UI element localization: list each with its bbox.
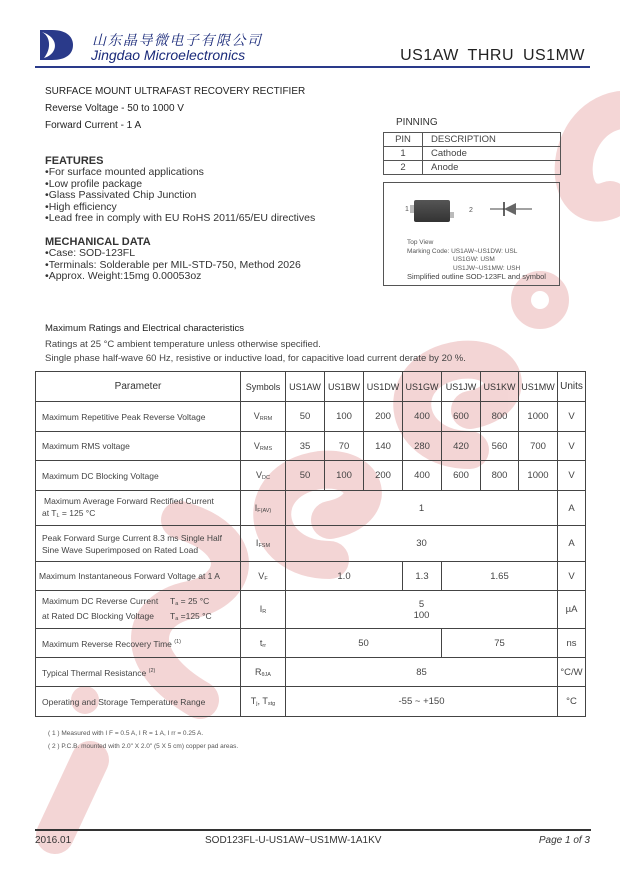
pinning-table: PIN DESCRIPTION 1 Cathode 2 Anode: [383, 132, 561, 175]
description-column-header: DESCRIPTION: [423, 133, 561, 147]
page-number: Page 1 of 3: [539, 835, 590, 846]
header-divider: [35, 66, 590, 68]
value-cell: 1000: [519, 461, 558, 491]
value-cell: 280: [403, 432, 442, 461]
part-header: US1GW: [403, 372, 442, 402]
parameter-cell: Operating and Storage Temperature Range: [36, 687, 241, 717]
symbol-cell: IFSM: [241, 526, 286, 562]
package-lead-icon: [450, 212, 454, 218]
unit-cell: V: [558, 461, 586, 491]
unit-cell: A: [558, 526, 586, 562]
value-cell: 50: [286, 629, 442, 658]
table-row: Maximum Instantaneous Forward Voltage at…: [36, 562, 586, 591]
ratings-note: Ratings at 25 °C ambient temperature unl…: [45, 339, 321, 350]
parameter-cell: Maximum Reverse Recovery Time (1): [36, 629, 241, 658]
value-cell: 600: [442, 402, 481, 432]
symbol-cell: RθJA: [241, 658, 286, 687]
value-cell: 1: [286, 491, 558, 526]
marking-code-line: US1GW: USM: [407, 256, 520, 265]
value-cell: 800: [481, 461, 519, 491]
parameter-cell: Maximum DC Reverse CurrentTa = 25 °C at …: [36, 591, 241, 629]
value-cell: 600: [442, 461, 481, 491]
table-row: Maximum RMS voltage VRMS 35 70 140 280 4…: [36, 432, 586, 461]
pin-description: Anode: [423, 161, 561, 175]
symbol-cell: VRRM: [241, 402, 286, 432]
pin2-label: 2: [469, 207, 473, 214]
mechanical-item: Case: SOD-123FL: [45, 248, 301, 260]
value-cell: 100: [325, 402, 364, 432]
datasheet-page: 山东晶导微电子有限公司 Jingdao Microelectronics US1…: [0, 0, 620, 877]
unit-cell: V: [558, 562, 586, 591]
pin1-label: 1: [405, 206, 409, 213]
pinning-row: 2 Anode: [384, 161, 561, 175]
value-cell: 800: [481, 402, 519, 432]
parameter-cell: Peak Forward Surge Current 8.3 ms Single…: [36, 526, 241, 562]
value-cell: 1000: [519, 402, 558, 432]
marking-code-line: Marking Code: US1AW~US1DW: USL: [407, 248, 520, 257]
ratings-note: Single phase half-wave 60 Hz, resistive …: [45, 353, 466, 364]
parameter-cell: Maximum Average Forward Rectified Curren…: [36, 491, 241, 526]
symbol-cell: trr: [241, 629, 286, 658]
parameter-cell: Maximum Instantaneous Forward Voltage at…: [36, 562, 241, 591]
features-list: For surface mounted applications Low pro…: [45, 167, 315, 225]
table-row: Maximum DC Blocking Voltage VDC 50 100 2…: [36, 461, 586, 491]
table-row: Maximum Reverse Recovery Time (1) trr 50…: [36, 629, 586, 658]
footer-divider: [35, 829, 591, 831]
mechanical-list: Case: SOD-123FL Terminals: Solderable pe…: [45, 248, 301, 283]
value-cell: 50: [286, 461, 325, 491]
table-row: Peak Forward Surge Current 8.3 ms Single…: [36, 526, 586, 562]
unit-cell: V: [558, 432, 586, 461]
company-logo-icon: [38, 28, 74, 62]
value-cell: 420: [442, 432, 481, 461]
unit-cell: °C/W: [558, 658, 586, 687]
symbol-cell: VRMS: [241, 432, 286, 461]
ratings-table: Parameter Symbols US1AW US1BW US1DW US1G…: [35, 371, 586, 717]
unit-cell: A: [558, 491, 586, 526]
value-cell: 75: [442, 629, 558, 658]
parameter-cell: Maximum RMS voltage: [36, 432, 241, 461]
symbol-cell: IR: [241, 591, 286, 629]
units-header: Units: [558, 372, 586, 402]
part-header: US1BW: [325, 372, 364, 402]
product-type: SURFACE MOUNT ULTRAFAST RECOVERY RECTIFI…: [45, 86, 305, 97]
table-row: Maximum Repetitive Peak Reverse Voltage …: [36, 402, 586, 432]
footnote: ( 2 ) P.C.B. mounted with 2.0" X 2.0" (5…: [48, 743, 238, 750]
document-title: US1AW THRU US1MW: [400, 47, 585, 65]
part-header: US1MW: [519, 372, 558, 402]
value-cell: 400: [403, 402, 442, 432]
value-cell: 1.3: [403, 562, 442, 591]
pin-number: 1: [384, 147, 423, 161]
value-cell: 140: [364, 432, 403, 461]
table-row: Operating and Storage Temperature Range …: [36, 687, 586, 717]
part-header: US1DW: [364, 372, 403, 402]
part-header: US1KW: [481, 372, 519, 402]
part-header: US1AW: [286, 372, 325, 402]
marking-info: Top View Marking Code: US1AW~US1DW: USL …: [407, 239, 520, 273]
footer-date: 2016.01: [35, 835, 71, 846]
value-cell: 700: [519, 432, 558, 461]
value-cell: 5 100: [286, 591, 558, 629]
value-cell: 70: [325, 432, 364, 461]
value-cell: 85: [286, 658, 558, 687]
parameter-cell: Maximum DC Blocking Voltage: [36, 461, 241, 491]
pin-column-header: PIN: [384, 133, 423, 147]
package-body-icon: [414, 200, 450, 222]
value-cell: 35: [286, 432, 325, 461]
parameter-header: Parameter: [36, 372, 241, 402]
unit-cell: ns: [558, 629, 586, 658]
value-cell: 50: [286, 402, 325, 432]
feature-item: For surface mounted applications: [45, 167, 315, 179]
parameter-cell: Typical Thermal Resistance (2): [36, 658, 241, 687]
footer-document-id: SOD123FL-U-US1AW~US1MW-1A1KV: [205, 835, 381, 846]
outline-caption: Simplified outline SOD-123FL and symbol: [407, 272, 546, 281]
top-view-label: Top View: [407, 239, 520, 248]
pinning-row: 1 Cathode: [384, 147, 561, 161]
feature-item: Lead free in comply with EU RoHS 2011/65…: [45, 213, 315, 225]
footnote: ( 1 ) Measured with I F = 0.5 A, I R = 1…: [48, 730, 203, 737]
diode-symbol-icon: [490, 200, 532, 218]
value-cell: 200: [364, 402, 403, 432]
table-header-row: Parameter Symbols US1AW US1BW US1DW US1G…: [36, 372, 586, 402]
unit-cell: V: [558, 402, 586, 432]
unit-cell: µA: [558, 591, 586, 629]
value-cell: 400: [403, 461, 442, 491]
symbol-cell: VF: [241, 562, 286, 591]
pinning-header-row: PIN DESCRIPTION: [384, 133, 561, 147]
mechanical-item: Approx. Weight:15mg 0.00053oz: [45, 271, 301, 283]
symbol-cell: VDC: [241, 461, 286, 491]
symbol-cell: Tj, Tstg: [241, 687, 286, 717]
table-row: Maximum DC Reverse CurrentTa = 25 °C at …: [36, 591, 586, 629]
pin-number: 2: [384, 161, 423, 175]
table-row: Maximum Average Forward Rectified Curren…: [36, 491, 586, 526]
value-cell: 200: [364, 461, 403, 491]
value-cell: 100: [325, 461, 364, 491]
company-name-en: Jingdao Microelectronics: [91, 47, 245, 63]
ratings-title: Maximum Ratings and Electrical character…: [45, 323, 244, 334]
pin-description: Cathode: [423, 147, 561, 161]
table-row: Typical Thermal Resistance (2) RθJA 85 °…: [36, 658, 586, 687]
value-cell: 560: [481, 432, 519, 461]
parameter-cell: Maximum Repetitive Peak Reverse Voltage: [36, 402, 241, 432]
symbols-header: Symbols: [241, 372, 286, 402]
part-header: US1JW: [442, 372, 481, 402]
symbol-cell: IF(AV): [241, 491, 286, 526]
value-cell: -55 ~ +150: [286, 687, 558, 717]
value-cell: 1.65: [442, 562, 558, 591]
unit-cell: °C: [558, 687, 586, 717]
forward-current-spec: Forward Current - 1 A: [45, 120, 141, 131]
reverse-voltage-spec: Reverse Voltage - 50 to 1000 V: [45, 103, 184, 114]
pinning-heading: PINNING: [396, 117, 438, 128]
value-cell: 30: [286, 526, 558, 562]
value-cell: 1.0: [286, 562, 403, 591]
